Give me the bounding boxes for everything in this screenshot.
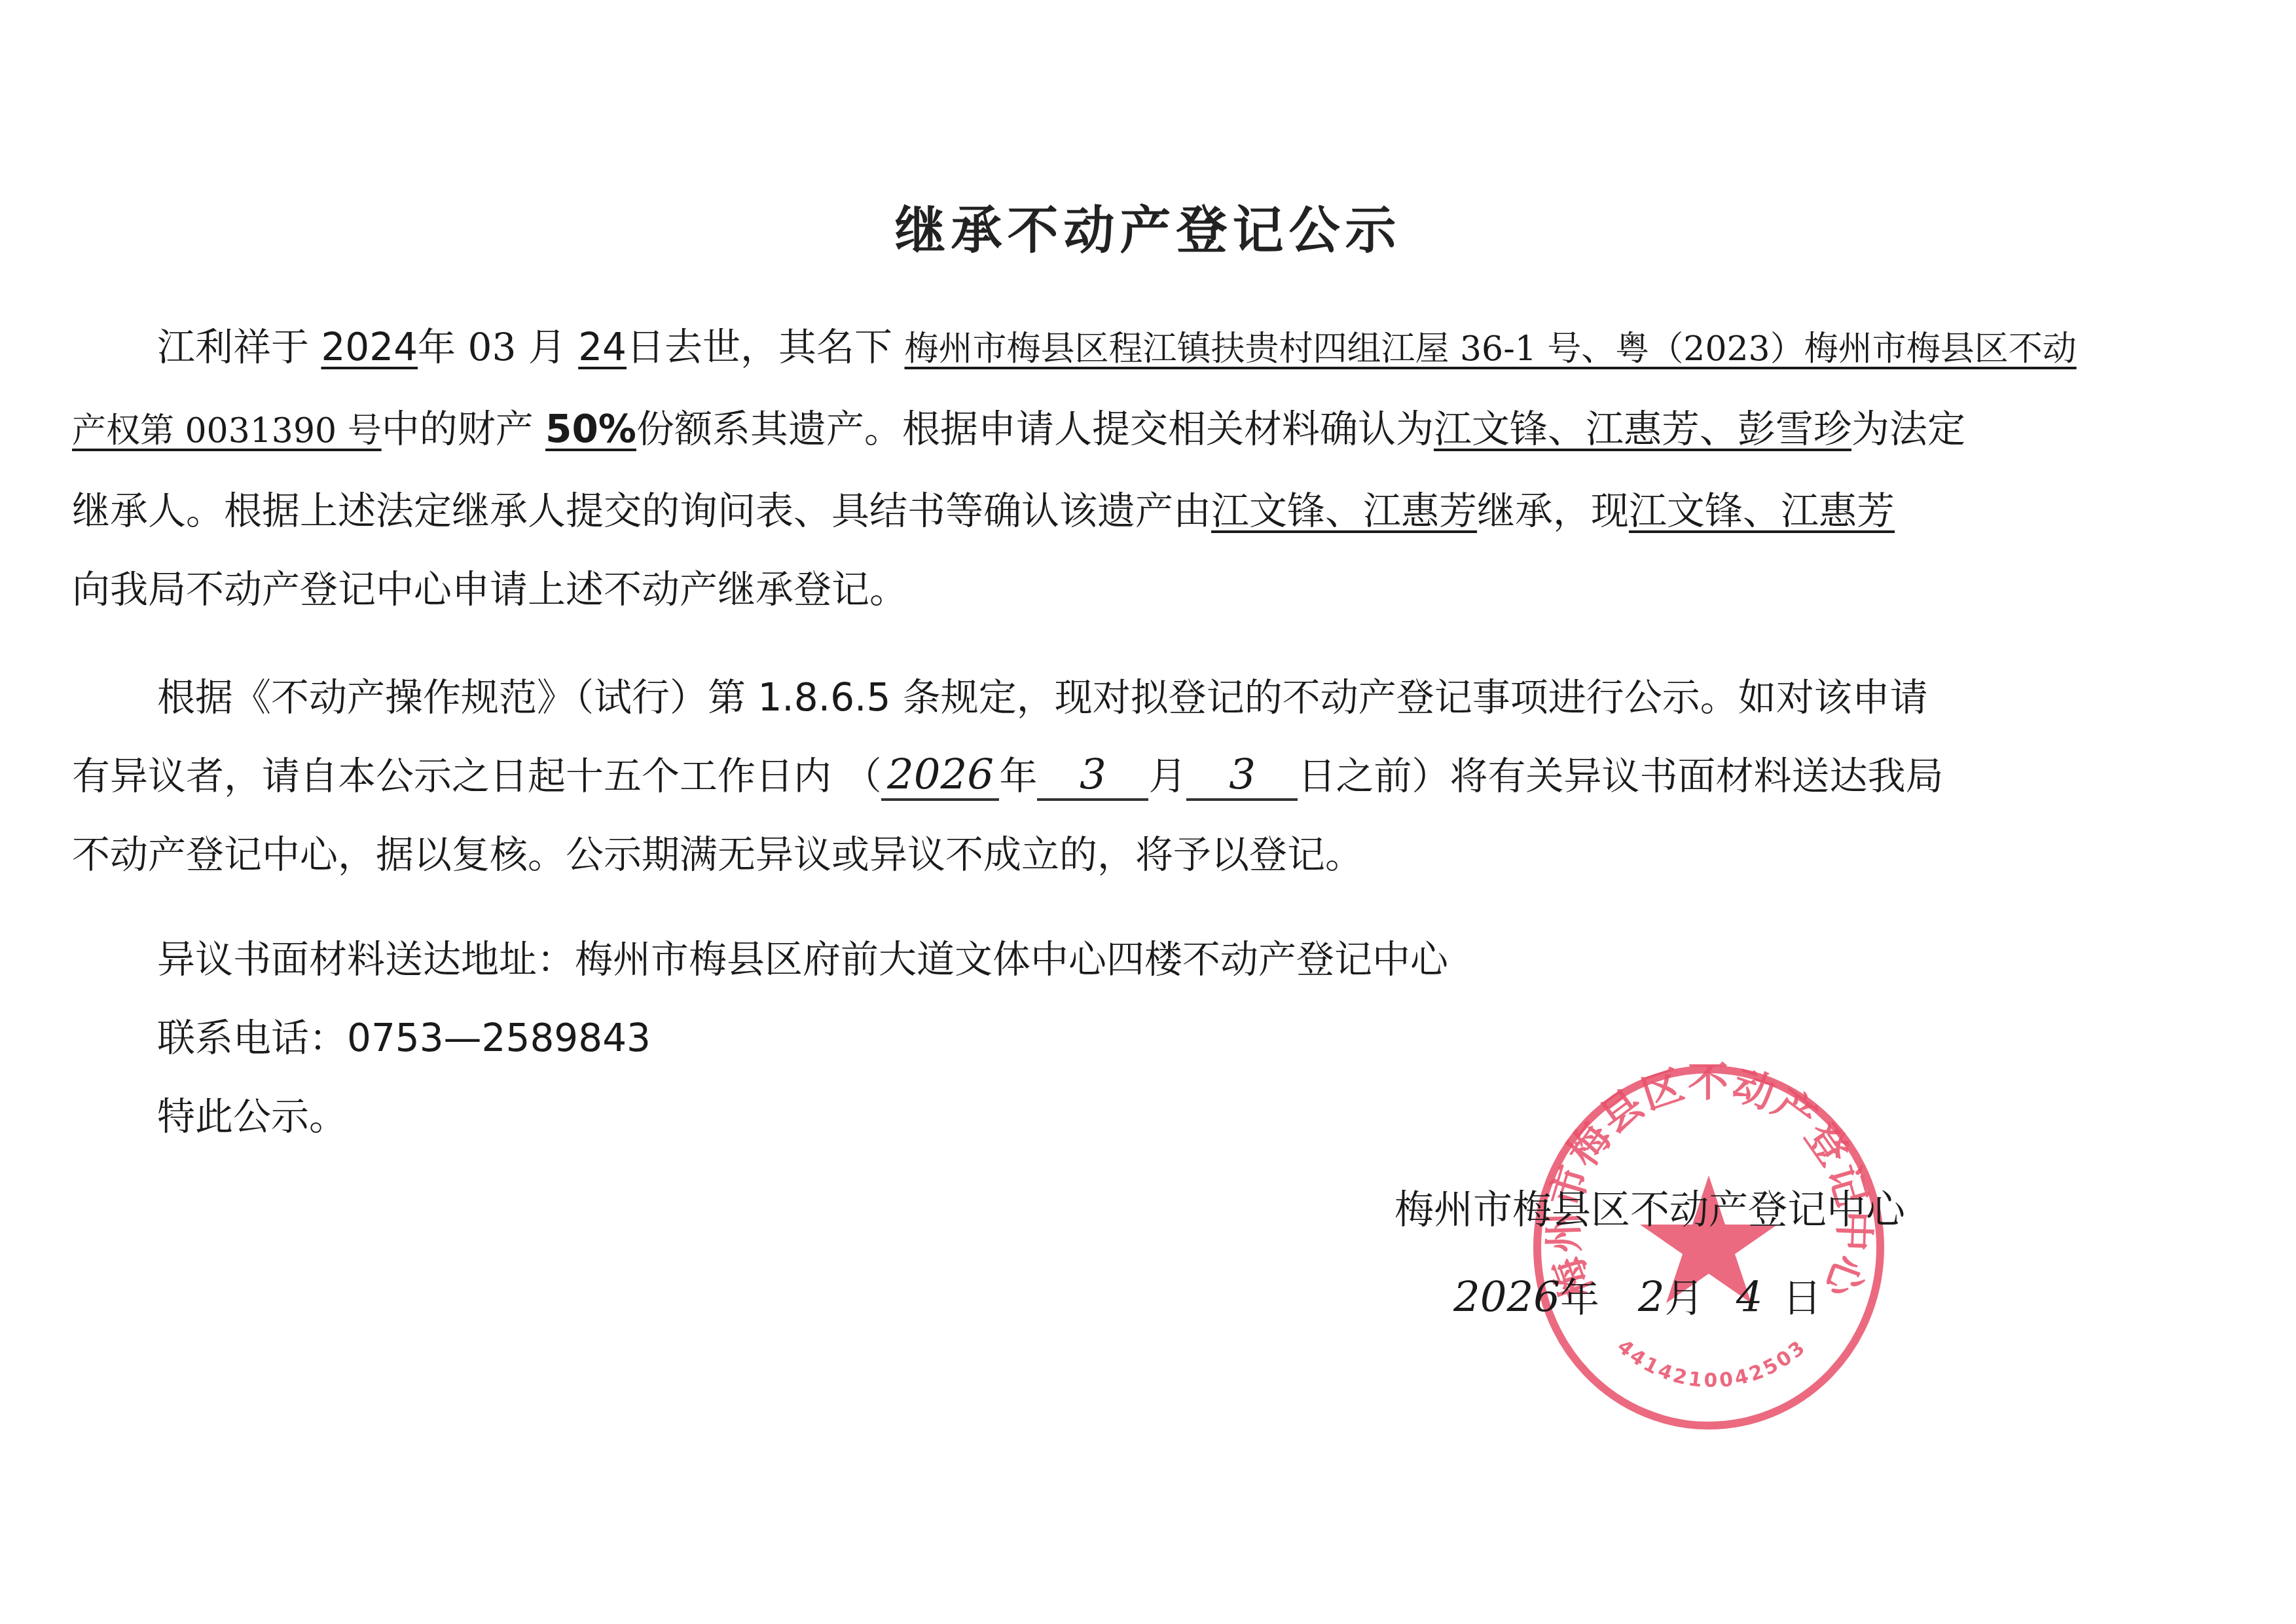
deadline-month-handwritten: 3 [1037,752,1148,801]
text: 于 [271,325,309,369]
death-day: 24 [578,325,627,369]
text: 年 03 月 [418,325,566,369]
deceased-name: 江利祥 [157,325,271,369]
regulation-clause: 1.8.6.5 [757,675,890,720]
issue-date: 2026年 2月 4日 [1453,1267,1821,1323]
paragraph2-line3: 不动产登记中心，据以复核。公示期满无异议或异议不成立的，将予以登记。 [72,828,1363,881]
text: 根据《不动产操作规范》（试行）第 [157,675,746,720]
address-label: 异议书面材料送达地址： [157,937,575,982]
paragraph1-line2: 产权第 0031390 号中的财产 50%份额系其遗产。根据申请人提交相关材料确… [72,403,1965,457]
text: 日之前）将有关异议书面材料送达我局 [1298,754,1943,798]
text: 为法定 [1851,407,1965,451]
issue-month-handwritten: 2 [1638,1274,1665,1322]
death-year: 2024 [321,325,418,369]
text: 继承，现 [1477,489,1629,533]
address-value: 梅州市梅县区府前大道文体中心四楼不动产登记中心 [575,937,1448,982]
seal-serial: 4414210042503 [1613,1335,1811,1393]
text: 年 [1560,1276,1599,1321]
inheritors: 江文锋、江惠芳 [1211,489,1477,533]
applicants: 江文锋、江惠芳 [1629,489,1895,533]
official-seal-icon: 梅州市梅县区不动产登记中心 4414210042503 [1525,1061,1892,1434]
paragraph2-line2: 有异议者，请自本公示之日起十五个工作日内 （2026年3月3日之前）将有关异议书… [72,750,1944,802]
svg-text:4414210042503: 4414210042503 [1613,1335,1811,1393]
paragraph2-line1: 根据《不动产操作规范》（试行）第 1.8.6.5 条规定，现对拟登记的不动产登记… [157,671,1928,724]
property-certificate: 产权第 0031390 号 [72,411,382,451]
text: 日 [1782,1276,1821,1321]
text: 日去世，其名下 [627,325,892,369]
text: 年 [999,754,1037,798]
text: 条规定，现对拟登记的不动产登记事项进行公示。如对该申请 [903,675,1928,720]
inheritance-share: 50% [545,407,636,451]
paragraph1-line4: 向我局不动产登记中心申请上述不动产继承登记。 [72,563,907,616]
text: 继承人。根据上述法定继承人提交的询问表、具结书等确认该遗产由 [72,489,1211,533]
text: 月 [1665,1276,1704,1321]
deadline-day-handwritten: 3 [1186,752,1298,801]
closing-text: 特此公示。 [157,1090,347,1143]
property-description: 梅州市梅县区程江镇扶贵村四组江屋 36-1 号、粤（2023）梅州市梅县区不动 [904,329,2076,369]
text: 月 [1148,754,1186,798]
text: 中的财产 [382,407,534,451]
phone-label: 联系电话： [157,1016,347,1060]
text: 份额系其遗产。根据申请人提交相关材料确认为 [636,407,1434,451]
paragraph1-line3: 继承人。根据上述法定继承人提交的询问表、具结书等确认该遗产由江文锋、江惠芳继承，… [72,485,1895,537]
issue-day-handwritten: 4 [1736,1274,1763,1322]
contact-phone: 联系电话：0753—2589843 [157,1012,651,1064]
document-title: 继承不动产登记公示 [0,190,2296,263]
phone-value: 0753—2589843 [347,1016,651,1060]
text: 有异议者，请自本公示之日起十五个工作日内 （ [72,754,881,798]
issuing-organization: 梅州市梅县区不动产登记中心 [1394,1179,1905,1235]
legal-heirs: 江文锋、江惠芳、彭雪珍 [1434,407,1851,451]
objection-address: 异议书面材料送达地址：梅州市梅县区府前大道文体中心四楼不动产登记中心 [157,933,1448,986]
deadline-year-handwritten: 2026 [881,752,999,801]
issue-year-handwritten: 2026 [1453,1274,1560,1322]
paragraph1-line1: 江利祥于 2024年 03 月 24日去世，其名下 梅州市梅县区程江镇扶贵村四组… [157,321,2077,375]
